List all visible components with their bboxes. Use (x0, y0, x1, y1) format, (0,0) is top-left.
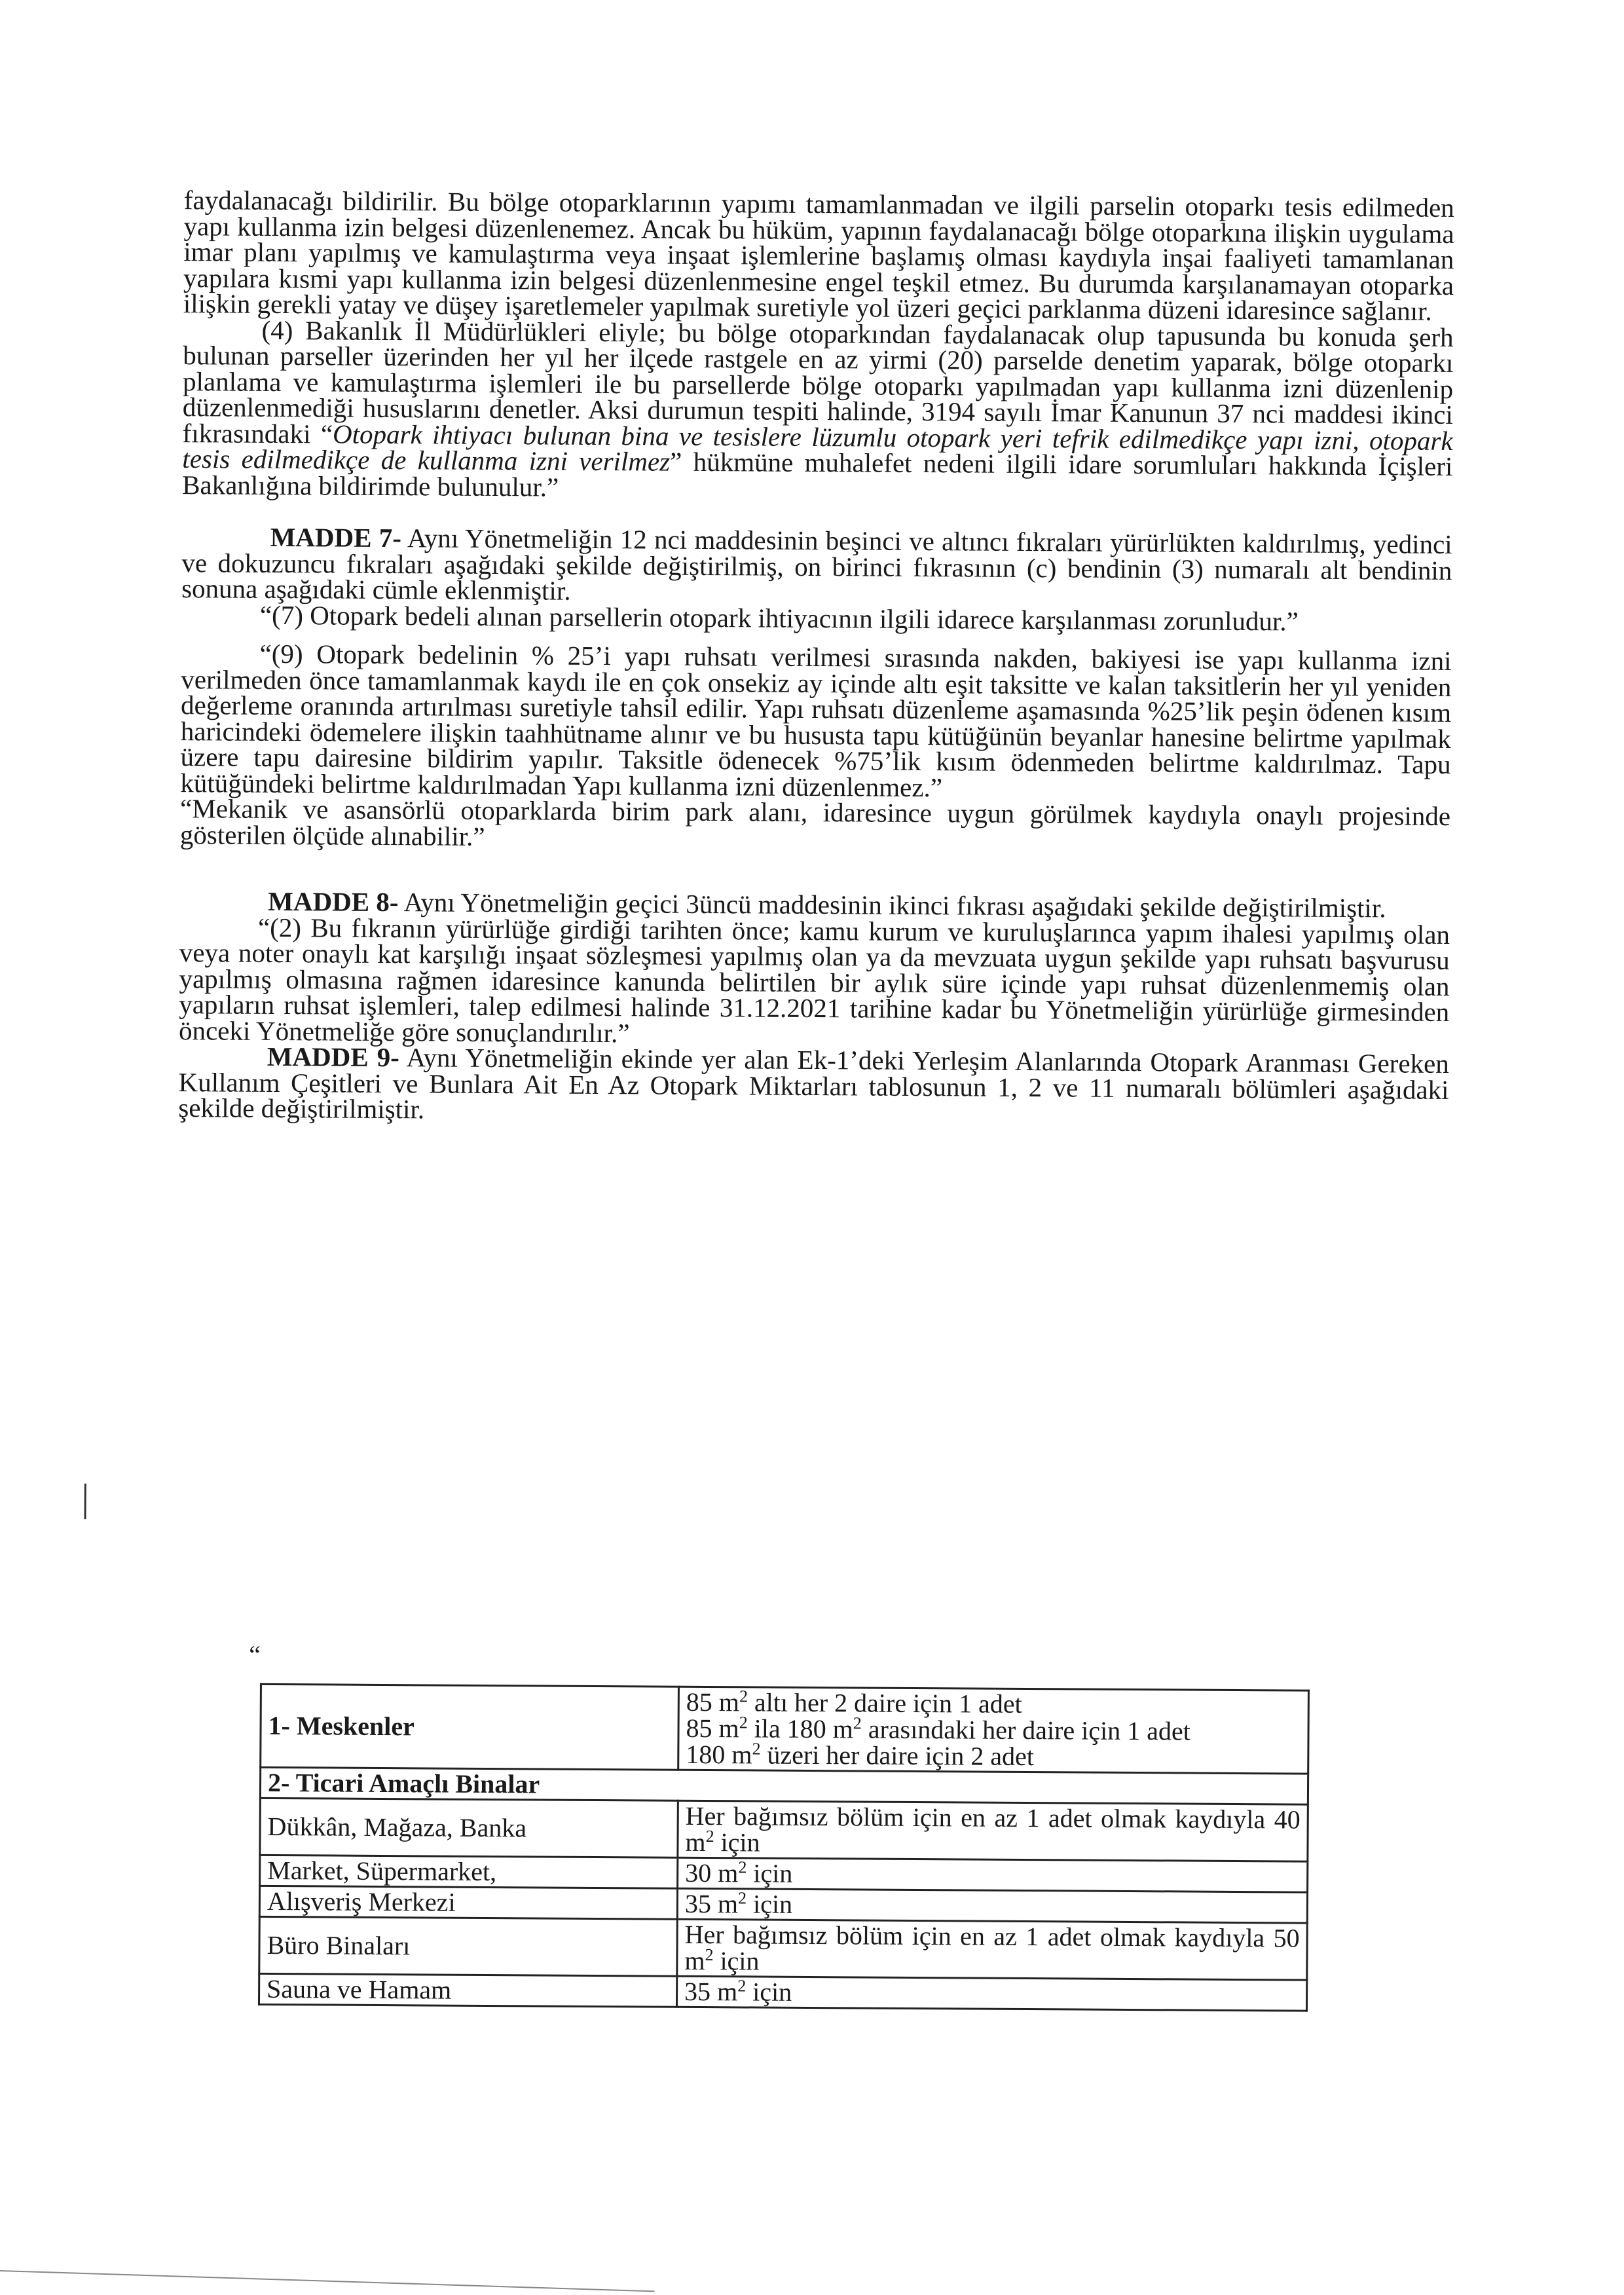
table-cell-use: Büro Binaları (259, 1916, 678, 1976)
table-cell-requirement: 85 m2 altı her 2 daire için 1 adet 85 m2… (678, 1687, 1309, 1774)
document-page: faydalanacağı bildirilir. Bu bölge otopa… (0, 0, 1624, 2295)
table-row: Büro Binaları Her bağımsız bölüm için en… (259, 1916, 1308, 1980)
requirement-line: 180 m2 üzeri her daire için 2 adet (686, 1742, 1301, 1772)
table-cell-requirement: Her bağımsız bölüm için en az 1 adet olm… (678, 1801, 1308, 1861)
margin-change-bar (84, 1483, 86, 1519)
madde-9-intro: MADDE 9- Aynı Yönetmeliğin ekinde yer al… (178, 1043, 1449, 1129)
table-cell-use: Sauna ve Hamam (259, 1973, 676, 2007)
madde-8-paragraph-2: “(2) Bu fıkranın yürürlüğe girdiği tarih… (179, 914, 1450, 1051)
table-cell-requirement: 30 m2 için (678, 1857, 1308, 1892)
parking-requirements-table: 1- Meskenler 85 m2 altı her 2 daire için… (258, 1683, 1310, 2012)
table-cell-use: 1- Meskenler (261, 1684, 679, 1770)
paragraph-continuation: faydalanacağı bildirilir. Bu bölge otopa… (183, 187, 1454, 324)
madde-7-mekanik-sentence: “Mekanik ve asansörlü otoparklarda birim… (180, 796, 1450, 855)
madde-7-paragraph-7: “(7) Otopark bedeli alınan parsellerin o… (181, 602, 1452, 635)
table-row: Dükkân, Mağaza, Banka Her bağımsız bölüm… (260, 1798, 1308, 1861)
table-cell-requirement: 35 m2 için (676, 1976, 1306, 2011)
paragraph-4: (4) Bakanlık İl Müdürlükleri eliyle; bu … (182, 317, 1454, 506)
madde-7-intro: MADDE 7- Aynı Yönetmeliğin 12 nci maddes… (181, 524, 1452, 609)
document-body: faydalanacağı bildirilir. Bu bölge otopa… (178, 187, 1454, 1129)
table-cell-use: Alışveriş Merkezi (259, 1886, 677, 1919)
table-cell-requirement: Her bağımsız bölüm için en az 1 adet olm… (677, 1919, 1308, 1980)
table-row-meskenler: 1- Meskenler 85 m2 altı her 2 daire için… (261, 1684, 1309, 1774)
table-cell-requirement: 35 m2 için (677, 1888, 1307, 1923)
table-row: Sauna ve Hamam 35 m2 için (259, 1973, 1306, 2011)
open-quote-mark: “ (249, 1639, 261, 1670)
table-cell-use: Market, Süpermarket, (260, 1855, 678, 1888)
table-cell-use: Dükkân, Mağaza, Banka (260, 1798, 678, 1857)
madde-7-paragraph-9: “(9) Otopark bedelinin % 25’i yapı ruhsa… (180, 641, 1451, 804)
